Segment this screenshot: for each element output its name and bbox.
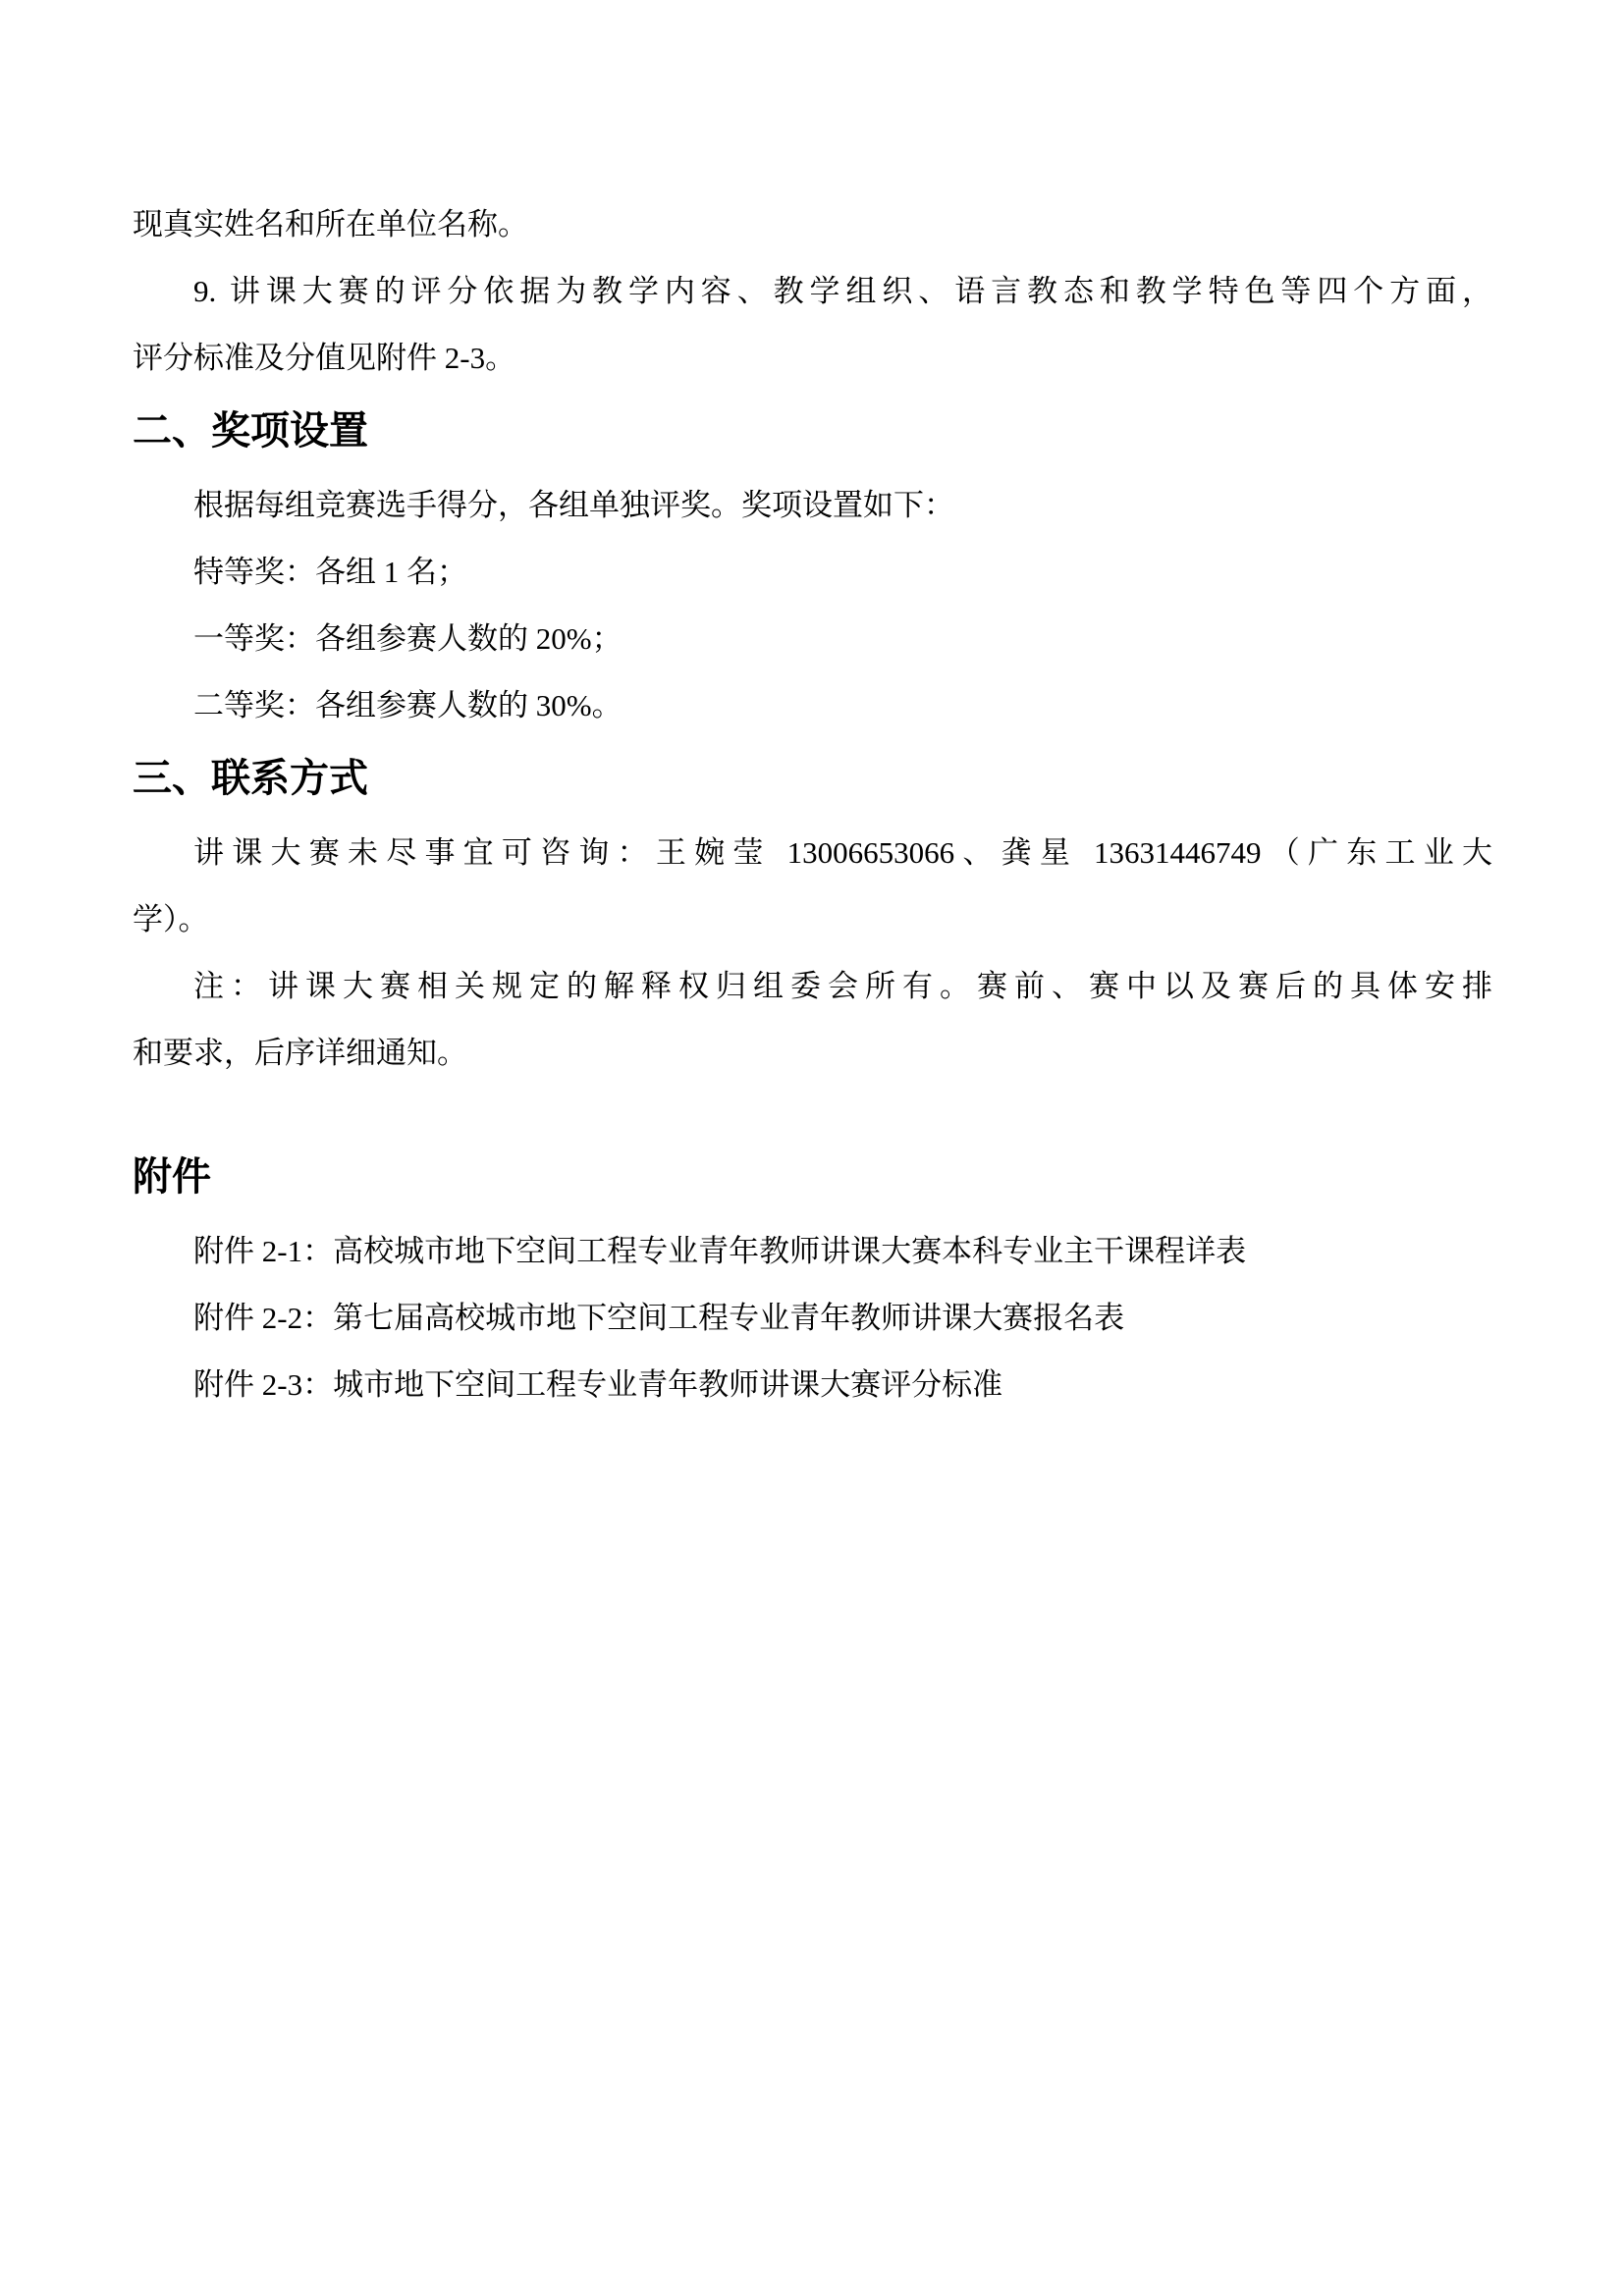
award-item-special-prize: 特等奖：各组 1 名； [133, 539, 1492, 606]
attachments-heading: 附件 [133, 1142, 1492, 1212]
attachment-item-2-3: 附件 2-3：城市地下空间工程专业青年教师讲课大赛评分标准 [133, 1352, 1492, 1418]
award-item-second-prize: 二等奖：各组参赛人数的 30%。 [133, 672, 1492, 739]
document-page: 现真实姓名和所在单位名称。 9. 讲课大赛的评分依据为教学内容、教学组织、语言教… [0, 0, 1624, 2296]
paragraph-carryover: 现真实姓名和所在单位名称。 [133, 191, 1492, 258]
paragraph-note-line2: 和要求，后序详细通知。 [133, 1020, 1492, 1087]
attachment-item-2-2: 附件 2-2：第七届高校城市地下空间工程专业青年教师讲课大赛报名表 [133, 1285, 1492, 1352]
paragraph-item9-line1: 9. 讲课大赛的评分依据为教学内容、教学组织、语言教态和教学特色等四个方面， [133, 258, 1492, 325]
award-item-first-prize: 一等奖：各组参赛人数的 20%； [133, 606, 1492, 672]
paragraph-item9-line2: 评分标准及分值见附件 2-3。 [133, 325, 1492, 392]
paragraph-contact-line2: 学）。 [133, 886, 1492, 953]
paragraph-contact-line1: 讲课大赛未尽事宜可咨询：王婉莹 13006653066、龚星 136314467… [133, 820, 1492, 886]
paragraph-note-line1: 注：讲课大赛相关规定的解释权归组委会所有。赛前、赛中以及赛后的具体安排 [133, 953, 1492, 1020]
section-heading-contact: 三、联系方式 [133, 743, 1492, 814]
attachment-item-2-1: 附件 2-1：高校城市地下空间工程专业青年教师讲课大赛本科专业主干课程详表 [133, 1218, 1492, 1285]
paragraph-awards-intro: 根据每组竞赛选手得分，各组单独评奖。奖项设置如下： [133, 472, 1492, 539]
section-heading-awards: 二、奖项设置 [133, 396, 1492, 466]
